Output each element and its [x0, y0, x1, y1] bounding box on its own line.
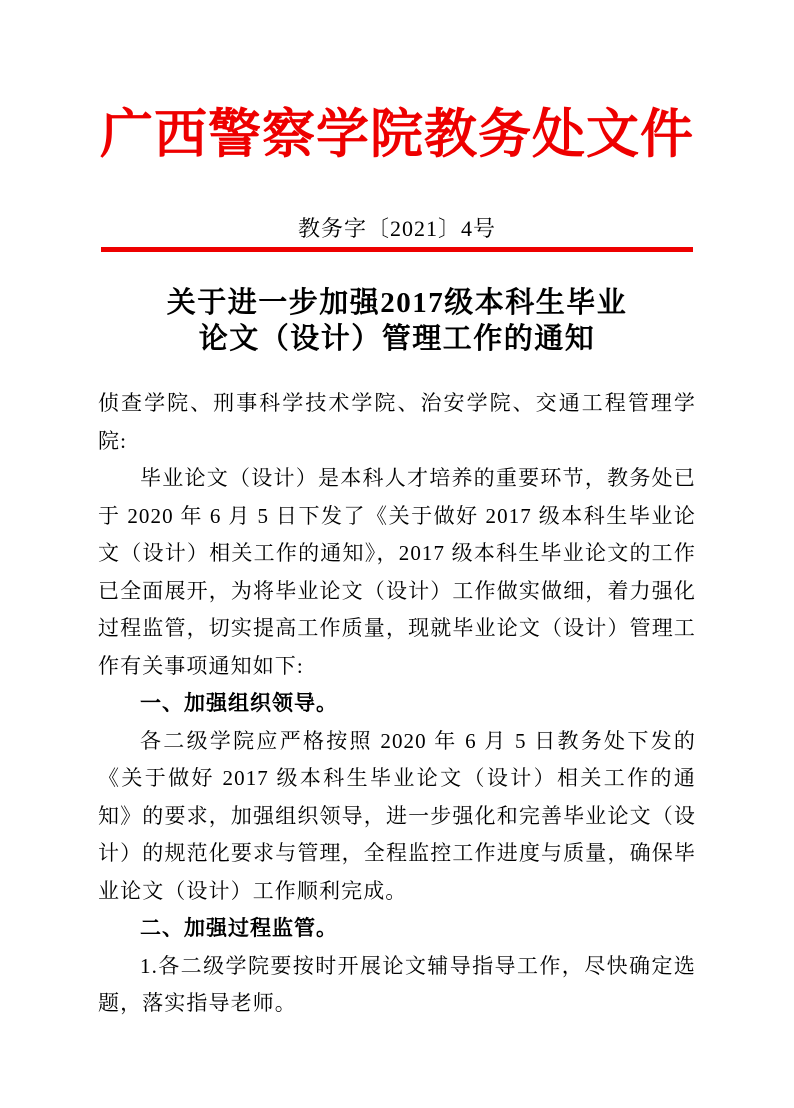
section-2-paragraph: 1.各二级学院要按时开展论文辅导指导工作，尽快确定选题，落实指导老师。 — [98, 948, 696, 1023]
section-1-heading: 一、加强组织领导。 — [98, 685, 696, 723]
section-1-paragraph: 各二级学院应严格按照 2020 年 6 月 5 日教务处下发的《关于做好 201… — [98, 723, 696, 911]
notice-title: 关于进一步加强2017级本科生毕业 论文（设计）管理工作的通知 — [98, 285, 696, 357]
notice-title-line-1: 关于进一步加强2017级本科生毕业 — [167, 287, 628, 319]
document-number: 教务字〔2021〕4号 — [98, 213, 696, 244]
red-header-org-title: 广西警察学院教务处文件 — [98, 97, 696, 173]
document-body: 侦查学院、刑事科学技术学院、治安学院、交通工程管理学院: 毕业论文（设计）是本科… — [98, 385, 696, 1023]
notice-title-line-2: 论文（设计）管理工作的通知 — [199, 323, 596, 355]
intro-paragraph: 毕业论文（设计）是本科人才培养的重要环节，教务处已于 2020 年 6 月 5 … — [98, 460, 696, 685]
salutation-line: 侦查学院、刑事科学技术学院、治安学院、交通工程管理学院: — [98, 385, 696, 460]
document-page: 广西警察学院教务处文件 教务字〔2021〕4号 关于进一步加强2017级本科生毕… — [0, 0, 794, 1108]
red-divider-rule — [101, 247, 693, 252]
section-2-heading: 二、加强过程监管。 — [98, 910, 696, 948]
